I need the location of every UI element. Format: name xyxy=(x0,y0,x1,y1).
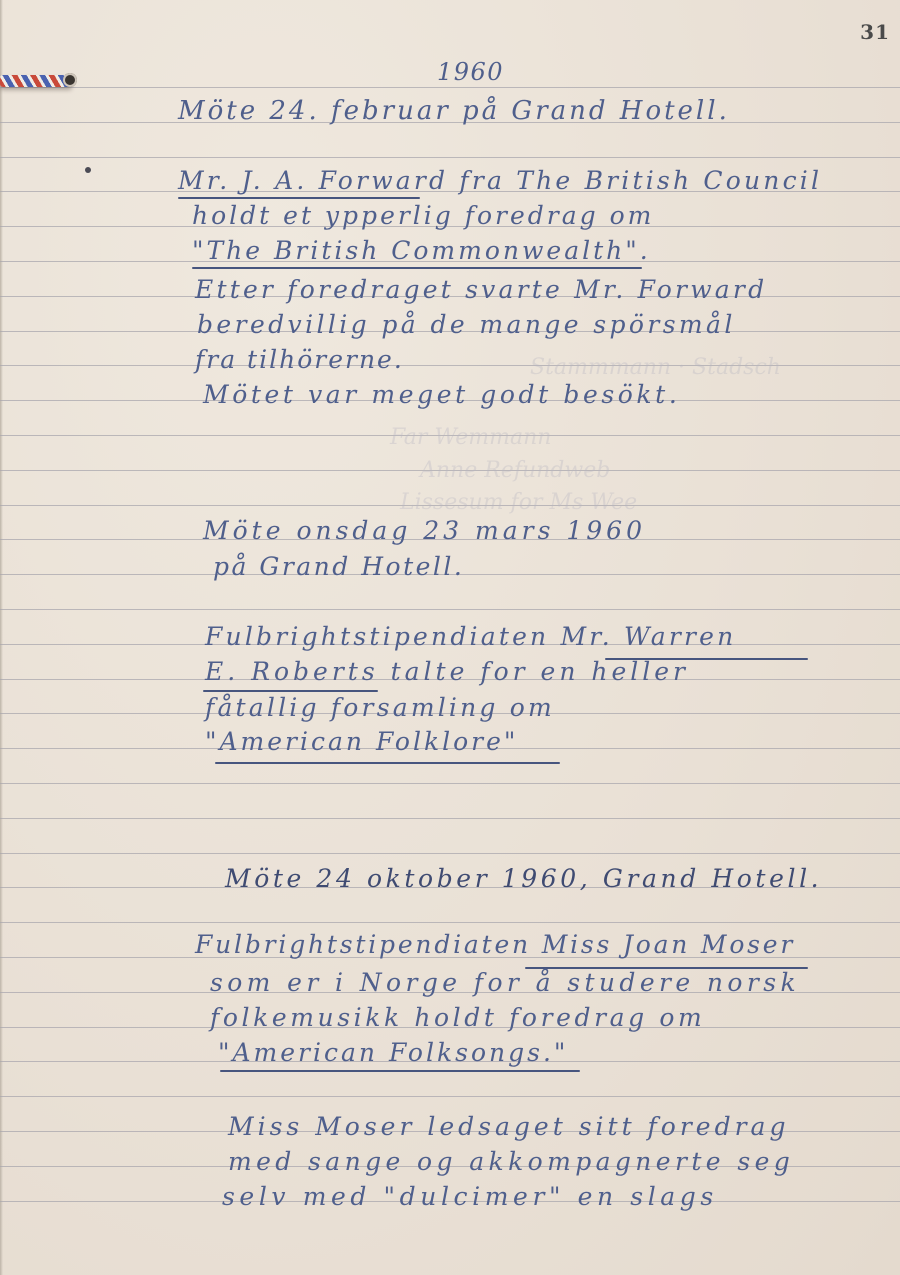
underline xyxy=(220,1070,580,1072)
underline xyxy=(215,762,560,764)
ruled-line xyxy=(0,157,900,158)
entry-line: fra tilhörerne. xyxy=(195,345,404,374)
ruled-line xyxy=(0,609,900,610)
entry-line: "American Folklore" xyxy=(205,727,518,756)
entry-line: beredvillig på de mange spörsmål xyxy=(197,310,736,339)
entry-line: selv med "dulcimer" en slags xyxy=(222,1182,718,1211)
ruled-line xyxy=(0,818,900,819)
bleed-through-text: Stammmann · Stadsch xyxy=(530,355,781,380)
underline xyxy=(203,690,378,692)
entry-heading: Möte 24 oktober 1960, Grand Hotell. xyxy=(225,864,822,893)
entry-line: Mötet var meget godt besökt. xyxy=(203,380,680,409)
bleed-through-text: Anne Refundweb xyxy=(420,458,610,483)
entry-line: Fulbrightstipendiaten Mr. Warren xyxy=(205,622,736,651)
entry-line: som er i Norge for å studere norsk xyxy=(210,968,800,997)
entry-heading: Möte onsdag 23 mars 1960 xyxy=(203,516,646,545)
ruled-line xyxy=(0,922,900,923)
bleed-through-text: Far Wemmann xyxy=(390,425,551,450)
binding-hole xyxy=(63,73,77,87)
entry-line: folkemusikk holdt foredrag om xyxy=(210,1003,705,1032)
ink-dot xyxy=(85,167,91,173)
entry-heading: Möte 24. februar på Grand Hotell. xyxy=(178,96,730,126)
year-heading: 1960 xyxy=(437,58,504,86)
ruled-line xyxy=(0,87,900,88)
entry-line: Mr. J. A. Forward fra The British Counci… xyxy=(178,166,822,195)
entry-line: "American Folksongs." xyxy=(218,1038,568,1067)
entry-line: med sange og akkompagnerte seg xyxy=(228,1147,794,1176)
bleed-through-text: Lissesum for Ms Wee xyxy=(400,490,637,515)
entry-line: fåtallig forsamling om xyxy=(205,693,555,722)
ruled-line xyxy=(0,853,900,854)
ruled-line xyxy=(0,1096,900,1097)
notebook-page: 31 Stammmann · Stadsch Far Wemmann Anne … xyxy=(0,0,900,1275)
binding-cord xyxy=(0,75,72,87)
ruled-line xyxy=(0,783,900,784)
entry-line: holdt et ypperlig foredrag om xyxy=(192,201,654,230)
underline xyxy=(192,267,642,269)
page-number: 31 xyxy=(860,20,890,44)
entry-heading-line2: på Grand Hotell. xyxy=(213,552,464,581)
entry-line: "The British Commonwealth". xyxy=(192,236,651,265)
entry-line: Fulbrightstipendiaten Miss Joan Moser xyxy=(195,930,795,959)
entry-line: E. Roberts talte for en heller xyxy=(205,657,689,686)
underline xyxy=(178,197,420,199)
entry-line: Miss Moser ledsaget sitt foredrag xyxy=(228,1112,789,1141)
entry-line: Etter foredraget svarte Mr. Forward xyxy=(195,275,767,304)
